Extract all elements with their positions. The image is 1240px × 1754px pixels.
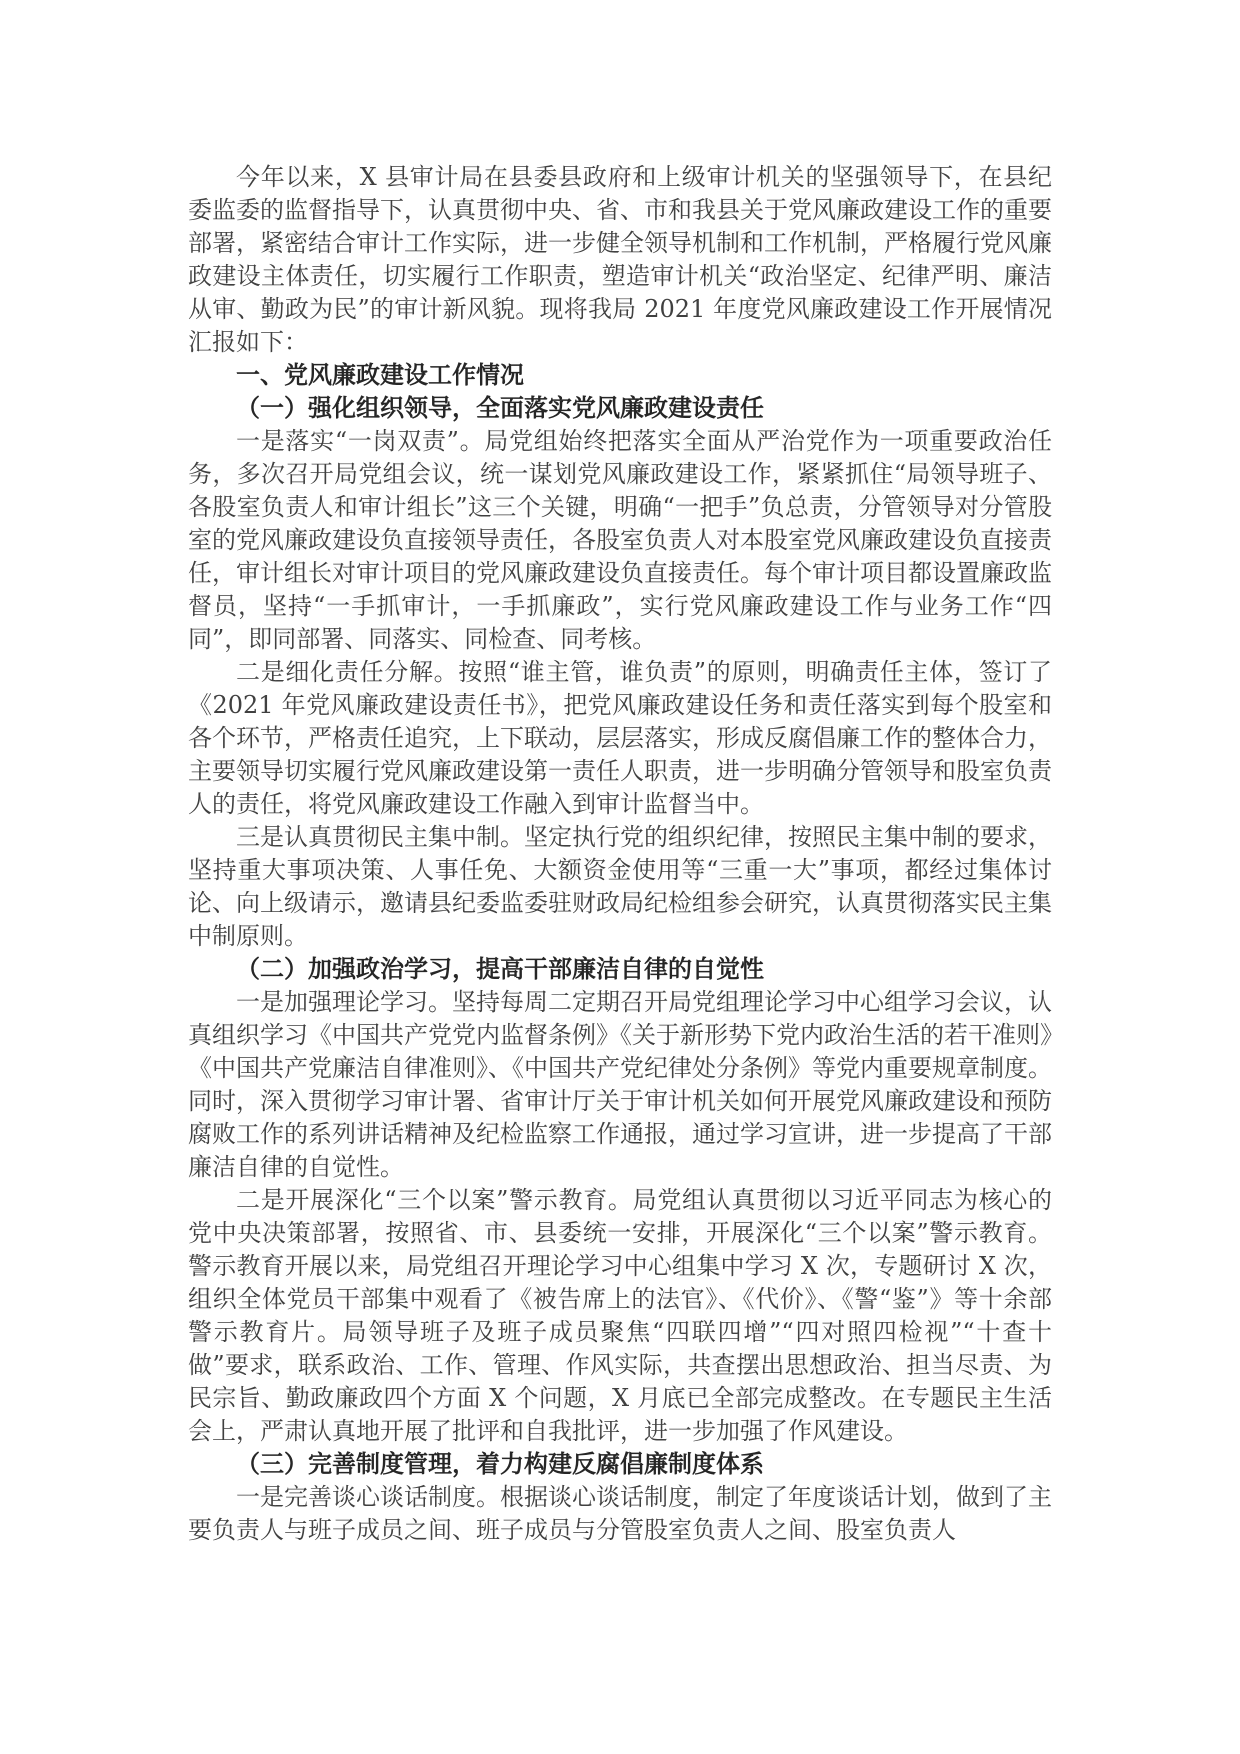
paragraph: 今年以来，X 县审计局在县委县政府和上级审计机关的坚强领导下，在县纪委监委的监督… — [188, 161, 1052, 359]
paragraph: 二是细化责任分解。按照“谁主管，谁负责”的原则，明确责任主体，签订了《2021 … — [188, 656, 1052, 821]
paragraph: 一是落实“一岗双责”。局党组始终把落实全面从严治党作为一项重要政治任务，多次召开… — [188, 425, 1052, 656]
paragraph: 一是完善谈心谈话制度。根据谈心谈话制度，制定了年度谈话计划，做到了主要负责人与班… — [188, 1481, 1052, 1547]
document-content: 今年以来，X 县审计局在县委县政府和上级审计机关的坚强领导下，在县纪委监委的监督… — [188, 161, 1052, 1547]
section-heading-level-2: （三）完善制度管理，着力构建反腐倡廉制度体系 — [188, 1448, 1052, 1481]
section-heading-level-2: （二）加强政治学习，提高干部廉洁自律的自觉性 — [188, 953, 1052, 986]
paragraph: 一是加强理论学习。坚持每周二定期召开局党组理论学习中心组学习会议，认真组织学习《… — [188, 986, 1052, 1184]
paragraph: 三是认真贯彻民主集中制。坚定执行党的组织纪律，按照民主集中制的要求，坚持重大事项… — [188, 821, 1052, 953]
document-page: 今年以来，X 县审计局在县委县政府和上级审计机关的坚强领导下，在县纪委监委的监督… — [0, 0, 1240, 1754]
section-heading-level-2: （一）强化组织领导，全面落实党风廉政建设责任 — [188, 392, 1052, 425]
paragraph: 二是开展深化“三个以案”警示教育。局党组认真贯彻以习近平同志为核心的党中央决策部… — [188, 1184, 1052, 1448]
section-heading-level-1: 一、党风廉政建设工作情况 — [188, 359, 1052, 392]
